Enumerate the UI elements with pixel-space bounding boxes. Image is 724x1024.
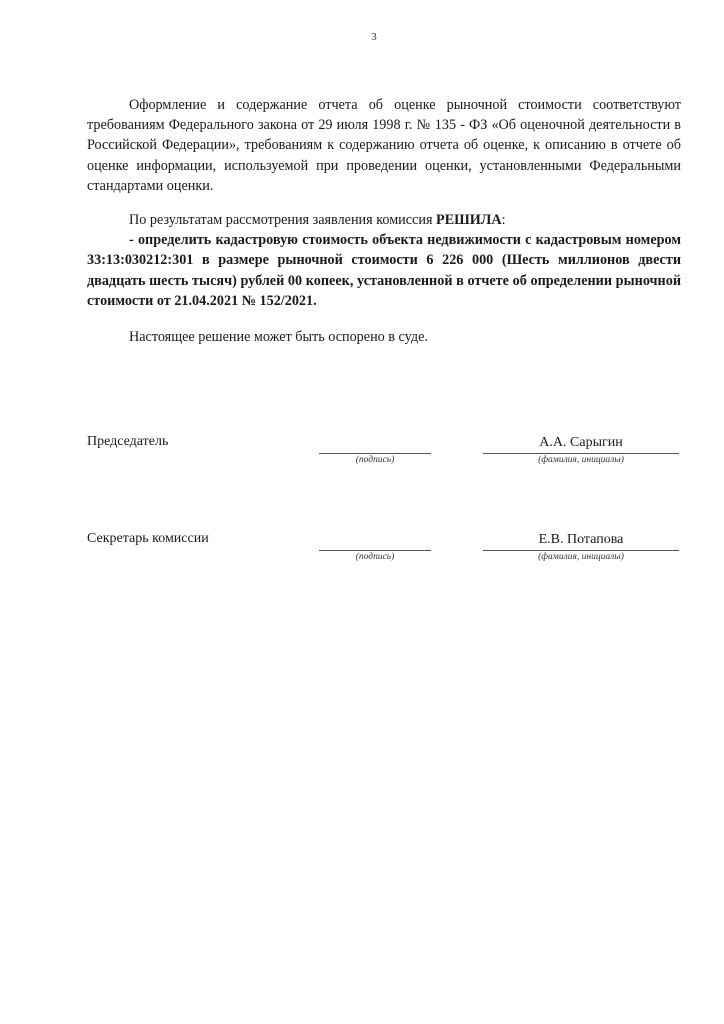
signature-row-chairman: Председатель (подпись) А.А. Сарыгин (фам… (87, 434, 687, 474)
paragraph-report-compliance: Оформление и содержание отчета об оценке… (87, 95, 681, 196)
paragraph-decision: По результатам рассмотрения заявления ко… (87, 210, 681, 311)
signature-caption: (подпись) (319, 455, 431, 465)
decision-keyword: РЕШИЛА (436, 212, 502, 228)
name-caption: (фамилия, инициалы) (483, 552, 679, 562)
name-caption: (фамилия, инициалы) (483, 455, 679, 465)
signatory-role: Секретарь комиссии (87, 531, 209, 547)
decision-lead-text: По результатам рассмотрения заявления ко… (129, 212, 436, 228)
decision-lead-colon: : (502, 212, 506, 228)
signature-row-secretary: Секретарь комиссии (подпись) Е.В. Потапо… (87, 531, 687, 571)
signature-caption: (подпись) (319, 552, 431, 562)
signature-line (319, 550, 431, 551)
signatory-role: Председатель (87, 434, 168, 450)
signature-line (319, 453, 431, 454)
page-number: 3 (0, 31, 724, 43)
decision-lead: По результатам рассмотрения заявления ко… (87, 210, 681, 230)
signatory-name: Е.В. Потапова (483, 532, 679, 548)
name-line (483, 550, 679, 551)
decision-text: - определить кадастровую стоимость объек… (87, 230, 681, 311)
signatory-name: А.А. Сарыгин (483, 435, 679, 451)
paragraph-appeal-notice: Настоящее решение может быть оспорено в … (87, 327, 681, 347)
name-line (483, 453, 679, 454)
